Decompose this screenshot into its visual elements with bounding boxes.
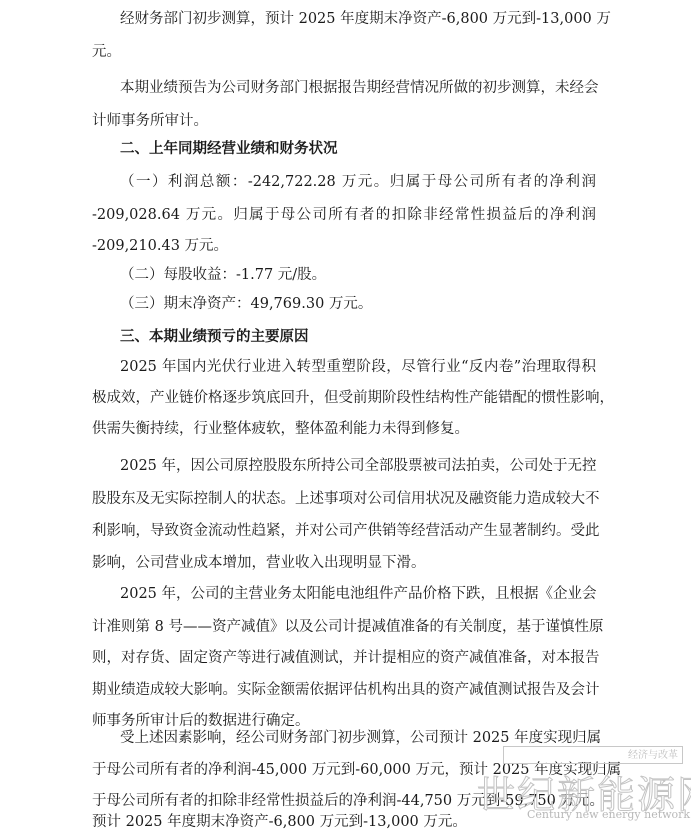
paragraph-line: 预计 2025 年度期末净资产-6,800 万元到-13,000 万元。 bbox=[92, 812, 596, 832]
paragraph-line: （二）每股收益：-1.77 元/股。 bbox=[92, 265, 596, 285]
paragraph-line: 供需失衡持续，行业整体疲软，整体盈利能力未得到修复。 bbox=[92, 419, 596, 439]
paragraph-line: 期业绩造成较大影响。实际金额需依据评估机构出具的资产减值测试报告及会计 bbox=[92, 680, 596, 700]
paragraph-line: -209,028.64 万元。归属于母公司所有者的扣除非经常性损益后的净利润 bbox=[92, 205, 596, 225]
paragraph-line: -209,210.43 万元。 bbox=[92, 236, 596, 256]
paragraph-line: 于母公司所有者的扣除非经常性损益后的净利润-44,750 万元到-59,750 … bbox=[92, 791, 596, 811]
paragraph-line: 本期业绩预告为公司财务部门根据报告期经营情况所做的初步测算，未经会 bbox=[92, 78, 596, 98]
paragraph-line: 2025 年，因公司原控股股东所持公司全部股票被司法拍卖，公司处于无控 bbox=[92, 456, 596, 476]
paragraph-line: 利影响，导致资金流动性趋紧，并对公司产供销等经营活动产生显著制约。受此 bbox=[92, 521, 596, 541]
paragraph-line: 2025 年国内光伏行业进入转型重塑阶段，尽管行业“反内卷”治理取得积 bbox=[92, 357, 596, 377]
paragraph-line: 股股东及无实际控制人的状态。上述事项对公司信用状况及融资能力造成较大不 bbox=[92, 489, 596, 509]
paragraph-line: 影响，公司营业成本增加，营业收入出现明显下滑。 bbox=[92, 553, 596, 573]
paragraph-line: 受上述因素影响，经公司财务部门初步测算，公司预计 2025 年度实现归属 bbox=[92, 728, 596, 748]
paragraph-line: 极成效，产业链价格逐步筑底回升，但受前期阶段性结构性产能错配的惯性影响， bbox=[92, 388, 596, 408]
heading-text: 二、上年同期经营业绩和财务状况 bbox=[92, 139, 596, 159]
paragraph-line: 于母公司所有者的净利润-45,000 万元到-60,000 万元，预计 2025… bbox=[92, 760, 596, 780]
paragraph-line: 2025 年，公司的主营业务太阳能电池组件产品价格下跌，且根据《企业会 bbox=[92, 584, 596, 604]
paragraph-line: 计师事务所审计。 bbox=[92, 111, 596, 131]
paragraph-line: （三）期末净资产：49,769.30 万元。 bbox=[92, 294, 596, 314]
paragraph-line: 经财务部门初步测算，预计 2025 年度期末净资产-6,800 万元到-13,0… bbox=[92, 9, 596, 29]
paragraph-line: 元。 bbox=[92, 42, 596, 62]
paragraph-line: （一）利润总额：-242,722.28 万元。归属于母公司所有者的净利润 bbox=[92, 172, 596, 192]
heading-text: 三、本期业绩预亏的主要原因 bbox=[92, 327, 596, 347]
paragraph-line: 则，对存货、固定资产等进行减值测试，并计提相应的资产减值准备，对本报告 bbox=[92, 648, 596, 668]
paragraph-line: 计准则第 8 号——资产减值》以及公司计提减值准备的有关制度，基于谨慎性原 bbox=[92, 617, 596, 637]
